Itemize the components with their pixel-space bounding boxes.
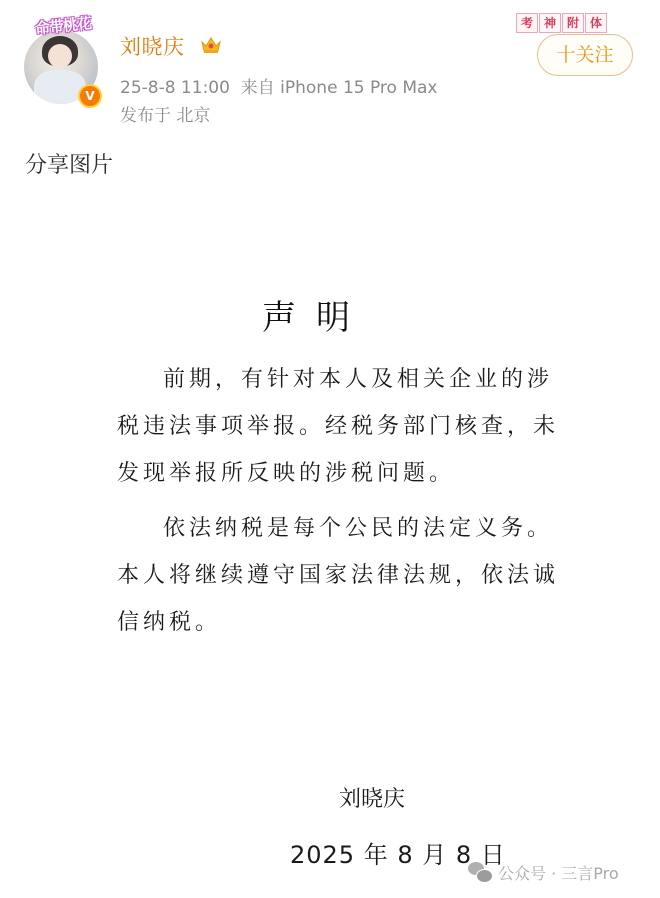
avatar-frame-text: 命带桃花 [19, 8, 107, 45]
author-name[interactable]: 刘晓庆 [120, 31, 185, 61]
crown-icon [200, 35, 222, 55]
statement-line: 前期，有针对本人及相关企业的涉 [163, 362, 553, 393]
stamp-char: 附 [562, 13, 584, 33]
statement-line: 发现举报所反映的涉税问题。 [117, 456, 455, 487]
sticker-stamp: 考 神 附 体 [516, 13, 608, 33]
statement-line: 依法纳税是每个公民的法定义务。 [163, 511, 553, 542]
statement-line: 税违法事项举报。经税务部门核查，未 [117, 409, 559, 440]
post-source: 来自 iPhone 15 Pro Max [241, 78, 438, 98]
post-meta-datetime-source: 25-8-8 11:00 来自 iPhone 15 Pro Max [120, 73, 438, 98]
avatar[interactable]: 命带桃花 V [20, 12, 106, 102]
stamp-char: 神 [539, 13, 561, 33]
watermark: 公众号 · 三言Pro [468, 861, 619, 884]
statement-line: 本人将继续遵守国家法律法规，依法诚 [117, 558, 559, 589]
watermark-text: 公众号 · 三言Pro [498, 861, 619, 884]
statement-line: 信纳税。 [117, 605, 221, 636]
follow-button[interactable]: 十关注 [537, 34, 633, 76]
statement-signature: 刘晓庆 [339, 782, 405, 813]
post-datetime: 25-8-8 11:00 [120, 78, 230, 98]
wechat-icon [468, 862, 492, 884]
post-text: 分享图片 [25, 148, 113, 179]
post-location: 发布于 北京 [120, 101, 210, 126]
stamp-char: 体 [585, 13, 607, 33]
stamp-char: 考 [516, 13, 538, 33]
statement-title: 声明 [262, 290, 370, 339]
verified-badge-icon: V [78, 84, 102, 108]
